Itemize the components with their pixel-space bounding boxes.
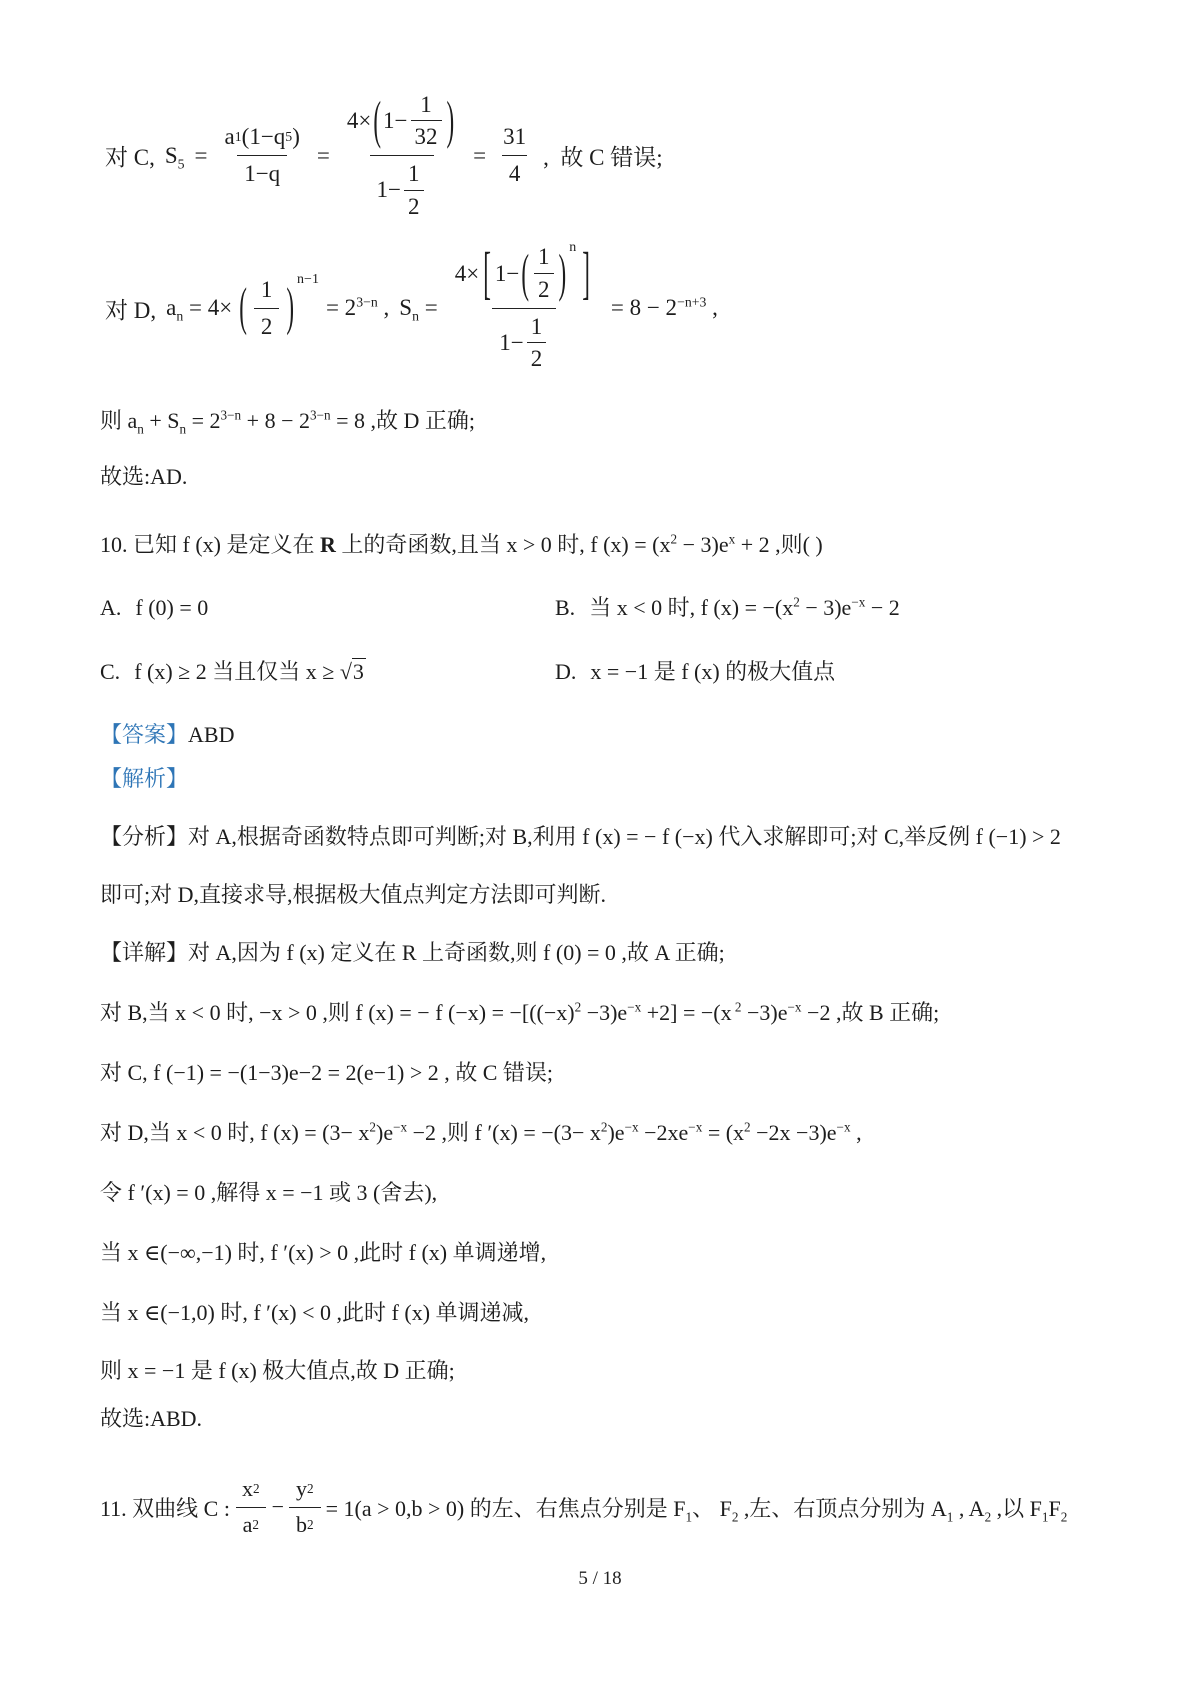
math-run-result: = 8 − 2−n+3 , bbox=[611, 295, 718, 321]
solution9-line-c: 对 C, S5 = a1(1−q5) 1−q = 4× ( 1− 1 32 ) … bbox=[100, 88, 1105, 223]
minus-sign: − bbox=[272, 1494, 284, 1520]
option-a-label: A. bbox=[100, 595, 121, 620]
fraction-31-4: 31 4 bbox=[496, 122, 533, 188]
page-number: 5 / 18 bbox=[0, 1568, 1200, 1590]
equals-sign: = bbox=[195, 143, 208, 169]
detail-line-increasing: 当 x ∈(−∞,−1) 时, f ′(x) > 0 ,此时 f (x) 单调递… bbox=[100, 1237, 1105, 1269]
math-run: 1− bbox=[495, 260, 519, 288]
paren-power-group: ( 1 2 ) n−1 bbox=[237, 275, 321, 341]
stem-run-bold-R: R bbox=[320, 532, 336, 557]
left-paren-glyph: ( bbox=[521, 242, 529, 305]
option-c-text: f (x) ≥ 2 当且仅当 x ≥ √3 bbox=[134, 658, 366, 684]
analysis-line-2: 即可;对 D,直接求导,根据极大值点判定方法即可判断. bbox=[100, 879, 1105, 911]
detail-line-d: 对 D,当 x < 0 时, f (x) = (3− x2)e−x −2 ,则 … bbox=[100, 1117, 1105, 1149]
right-paren-glyph: ) bbox=[286, 278, 294, 338]
option-a: A.f (0) = 0 bbox=[100, 591, 555, 625]
option-b-text: 当 x < 0 时, f (x) = −(x2 − 3)e−x − 2 bbox=[589, 595, 900, 620]
fraction-numerator: 1 bbox=[534, 243, 554, 273]
fraction-denominator: 1− 1 2 bbox=[492, 308, 556, 374]
detail-line-c: 对 C, f (−1) = −(1−3)e−2 = 2(e−1) > 2 , 故… bbox=[100, 1057, 1105, 1089]
fraction-denominator: 32 bbox=[411, 120, 442, 151]
solution9-then-line: 则 an + Sn = 23−n + 8 − 23−n = 8 ,故 D 正确; bbox=[100, 405, 1105, 437]
solution9-choose-line: 故选:AD. bbox=[100, 461, 1105, 493]
text-run-conclusion-c: , 故 C 错误; bbox=[543, 139, 662, 172]
analysis-line-1: 【分析】对 A,根据奇函数特点即可判断;对 B,利用 f (x) = − f (… bbox=[100, 821, 1105, 853]
option-a-text: f (0) = 0 bbox=[135, 595, 208, 620]
math-run: 4× bbox=[347, 107, 371, 135]
exponent-n-minus-1: n−1 bbox=[297, 273, 319, 287]
fraction-sn: 4× [ 1− ( 1 2 ) n ] 1− 1 2 bbox=[448, 242, 601, 373]
fraction-denominator: b2 bbox=[289, 1507, 321, 1539]
math-run-sn: Sn = bbox=[399, 295, 437, 321]
text-run-dui-c: 对 C, bbox=[105, 139, 155, 172]
option-d-text: x = −1 是 f (x) 的极大值点 bbox=[590, 659, 835, 684]
fraction-denominator: a2 bbox=[236, 1507, 266, 1539]
answer-line: 【答案】ABD bbox=[100, 719, 1105, 751]
question10-choose-line: 故选:ABD. bbox=[100, 1403, 1105, 1435]
analysis-header-label: 【解析】 bbox=[100, 766, 188, 791]
equals-sign: = bbox=[473, 143, 486, 169]
option-c: C.f (x) ≥ 2 当且仅当 x ≥ √3 bbox=[100, 655, 555, 689]
fraction-numerator: y2 bbox=[289, 1475, 321, 1506]
fraction-1-2: 1 2 bbox=[527, 313, 547, 373]
fraction-numerator: 4× [ 1− ( 1 2 ) n ] bbox=[448, 242, 601, 307]
math-run-2-pow: = 23−n , bbox=[326, 295, 389, 321]
right-bracket-glyph: ] bbox=[582, 238, 590, 308]
fraction-1-2: 1 2 bbox=[254, 275, 280, 341]
fraction-denominator: 1− 1 2 bbox=[370, 155, 434, 221]
equals-sign: = bbox=[317, 143, 330, 169]
fraction-a1q: a1(1−q5) 1−q bbox=[218, 122, 307, 188]
math-run: 1− bbox=[499, 329, 523, 357]
option-d: D.x = −1 是 f (x) 的极大值点 bbox=[555, 655, 835, 689]
fraction-1-2: 1 2 bbox=[534, 243, 554, 303]
fraction-denominator: 2 bbox=[254, 308, 280, 342]
fraction-1-32: 1 32 bbox=[411, 91, 442, 151]
option-d-label: D. bbox=[555, 659, 576, 684]
options-row-2: C.f (x) ≥ 2 当且仅当 x ≥ √3 D.x = −1 是 f (x)… bbox=[100, 655, 1105, 689]
fraction-denominator: 2 bbox=[534, 273, 554, 304]
fraction-denominator: 1−q bbox=[237, 155, 287, 189]
answer-value: ABD bbox=[188, 722, 234, 747]
detail-line-decreasing: 当 x ∈(−1,0) 时, f ′(x) < 0 ,此时 f (x) 单调递减… bbox=[100, 1297, 1105, 1329]
solution9-line-d: 对 D, an = 4× ( 1 2 ) n−1 = 23−n , Sn = 4… bbox=[100, 233, 1105, 383]
analysis-header-line: 【解析】 bbox=[100, 763, 1105, 795]
fraction-x2-a2: x2 a2 bbox=[235, 1475, 267, 1539]
left-paren-glyph: ( bbox=[239, 278, 247, 338]
fraction-y2-b2: y2 b2 bbox=[289, 1475, 321, 1539]
fraction-numerator: 1 bbox=[254, 275, 280, 308]
q11-run-post: = 1(a > 0,b > 0) 的左、右焦点分别是 F1、 F2 ,左、右顶点… bbox=[326, 1492, 1068, 1523]
fraction-numerator: 1 bbox=[404, 160, 424, 190]
math-run: 4× bbox=[455, 260, 479, 288]
math-run: 1− bbox=[377, 176, 401, 204]
detail-line-conclusion: 则 x = −1 是 f (x) 极大值点,故 D 正确; bbox=[100, 1355, 1105, 1387]
question11-stem: 11. 双曲线 C : x2 a2 − y2 b2 = 1(a > 0,b > … bbox=[100, 1463, 1105, 1551]
fraction-numerator: a1(1−q5) bbox=[218, 122, 307, 155]
right-paren-glyph: ) bbox=[447, 89, 455, 152]
math-run-an: an = 4× bbox=[166, 295, 232, 321]
question10-stem: 10. 已知 f (x) 是定义在 R 上的奇函数,且当 x > 0 时, f … bbox=[100, 529, 1105, 561]
math-run-s5: S5 bbox=[165, 143, 185, 169]
stem-run-post: 上的奇函数,且当 x > 0 时, f (x) = (x2 − 3)ex + 2… bbox=[336, 532, 823, 557]
option-b: B.当 x < 0 时, f (x) = −(x2 − 3)e−x − 2 bbox=[555, 591, 900, 625]
q11-run-pre: 11. 双曲线 C : bbox=[100, 1492, 230, 1523]
fraction-nested: 4× ( 1− 1 32 ) 1− 1 2 bbox=[340, 90, 463, 221]
exponent-n: n bbox=[569, 241, 576, 255]
fraction-numerator: 1 bbox=[416, 91, 436, 121]
options-row-1: A.f (0) = 0 B.当 x < 0 时, f (x) = −(x2 − … bbox=[100, 591, 1105, 625]
detail-line-b: 对 B,当 x < 0 时, −x > 0 ,则 f (x) = − f (−x… bbox=[100, 997, 1105, 1029]
option-c-label: C. bbox=[100, 659, 120, 684]
option-b-label: B. bbox=[555, 595, 575, 620]
detail-line-a: 【详解】对 A,因为 f (x) 定义在 R 上奇函数,则 f (0) = 0 … bbox=[100, 937, 1105, 969]
fraction-numerator: 1 bbox=[527, 313, 547, 343]
fraction-denominator: 2 bbox=[527, 342, 547, 373]
detail-line-let: 令 f ′(x) = 0 ,解得 x = −1 或 3 (舍去), bbox=[100, 1177, 1105, 1209]
text-run-dui-d: 对 D, bbox=[105, 292, 156, 325]
fraction-denominator: 4 bbox=[502, 155, 528, 189]
stem-run-pre: 10. 已知 f (x) 是定义在 bbox=[100, 532, 320, 557]
document-page: 对 C, S5 = a1(1−q5) 1−q = 4× ( 1− 1 32 ) … bbox=[0, 0, 1200, 1697]
left-bracket-glyph: [ bbox=[483, 238, 491, 308]
answer-label: 【答案】 bbox=[100, 722, 188, 747]
fraction-1-2: 1 2 bbox=[404, 160, 424, 220]
fraction-denominator: 2 bbox=[404, 190, 424, 221]
fraction-numerator: 4× ( 1− 1 32 ) bbox=[340, 90, 463, 155]
right-paren-glyph: ) bbox=[559, 242, 567, 305]
left-paren-glyph: ( bbox=[373, 89, 381, 152]
fraction-numerator: 31 bbox=[496, 122, 533, 155]
math-run: 1− bbox=[383, 107, 407, 135]
fraction-numerator: x2 bbox=[235, 1475, 267, 1506]
